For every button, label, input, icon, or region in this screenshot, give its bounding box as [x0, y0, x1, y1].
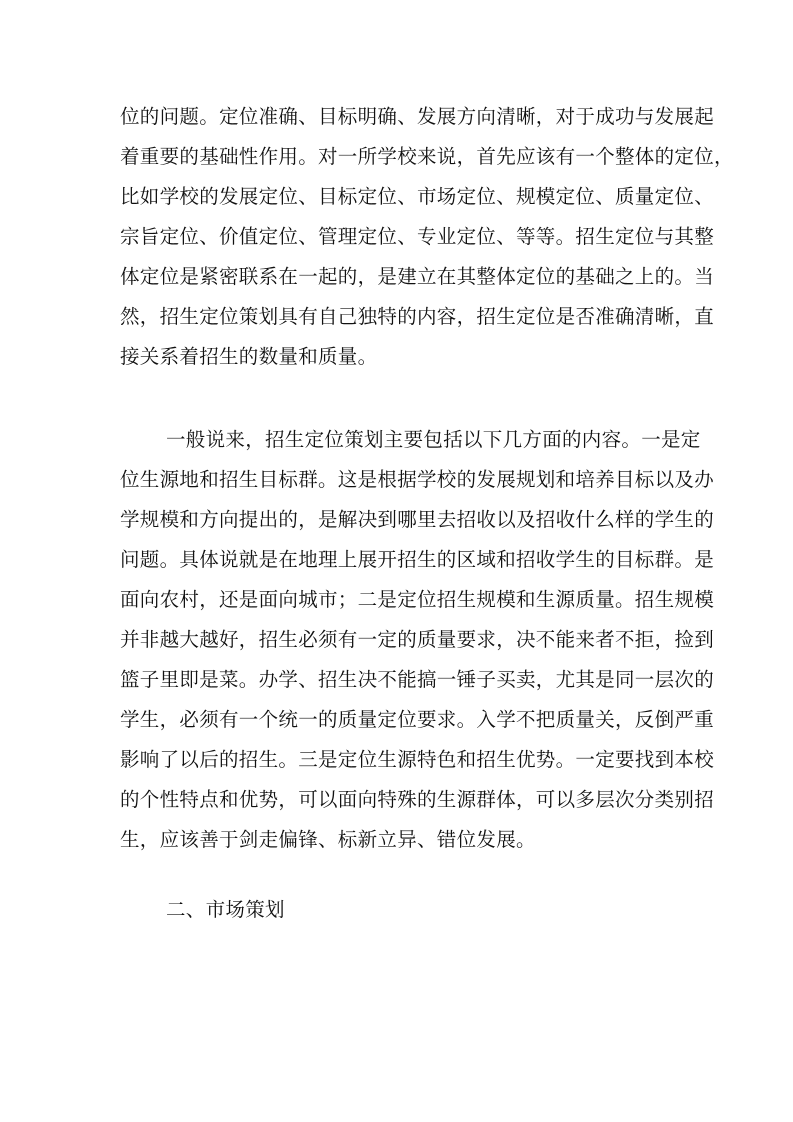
- paragraph-1: 位的问题。定位准确、目标明确、发展方向清晰，对于成功与发展起 着重要的基础性作用…: [120, 97, 676, 377]
- text-line: 比如学校的发展定位、目标定位、市场定位、规模定位、质量定位、: [120, 177, 676, 217]
- text-line: 并非越大越好，招生必须有一定的质量要求，决不能来者不拒，捡到: [120, 620, 676, 660]
- text-line: 位的问题。定位准确、目标明确、发展方向清晰，对于成功与发展起: [120, 97, 676, 137]
- document-page: 位的问题。定位准确、目标明确、发展方向清晰，对于成功与发展起 着重要的基础性作用…: [0, 0, 793, 1122]
- text-line: 宗旨定位、价值定位、管理定位、专业定位、等等。招生定位与其整: [120, 217, 676, 257]
- text-line: 影响了以后的招生。三是定位生源特色和招生优势。一定要找到本校: [120, 740, 676, 780]
- text-line: 学规模和方向提出的，是解决到哪里去招收以及招收什么样的学生的: [120, 500, 676, 540]
- text-line: 的个性特点和优势，可以面向特殊的生源群体，可以多层次分类别招: [120, 780, 676, 820]
- text-line: 篮子里即是菜。办学、招生决不能搞一锤子买卖，尤其是同一层次的: [120, 660, 676, 700]
- text-line: 然，招生定位策划具有自己独特的内容，招生定位是否准确清晰，直: [120, 297, 676, 337]
- text-line: 问题。具体说就是在地理上展开招生的区域和招收学生的目标群。是: [120, 540, 676, 580]
- document-body: 位的问题。定位准确、目标明确、发展方向清晰，对于成功与发展起 着重要的基础性作用…: [120, 97, 676, 930]
- text-line: 位生源地和招生目标群。这是根据学校的发展规划和培养目标以及办: [120, 460, 676, 500]
- text-line: 一般说来，招生定位策划主要包括以下几方面的内容。一是定: [120, 420, 676, 460]
- text-line: 面向农村，还是面向城市；二是定位招生规模和生源质量。招生规模: [120, 580, 676, 620]
- text-line: 接关系着招生的数量和质量。: [120, 337, 676, 377]
- text-line: 着重要的基础性作用。对一所学校来说，首先应该有一个整体的定位，: [120, 137, 676, 177]
- heading-spacer: [120, 860, 676, 890]
- paragraph-2: 一般说来，招生定位策划主要包括以下几方面的内容。一是定 位生源地和招生目标群。这…: [120, 420, 676, 860]
- section-heading: 二、市场策划: [120, 890, 676, 930]
- text-line: 生，应该善于剑走偏锋、标新立异、错位发展。: [120, 820, 676, 860]
- text-line: 学生，必须有一个统一的质量定位要求。入学不把质量关，反倒严重: [120, 700, 676, 740]
- paragraph-spacer: [120, 377, 676, 420]
- text-line: 体定位是紧密联系在一起的，是建立在其整体定位的基础之上的。当: [120, 257, 676, 297]
